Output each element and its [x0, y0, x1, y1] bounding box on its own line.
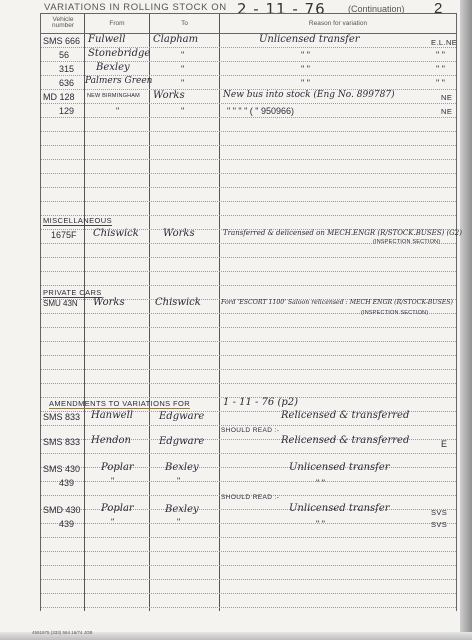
reason: Unlicensed transfer [289, 503, 390, 514]
row-rule [41, 173, 456, 174]
row-rule [41, 383, 456, 384]
vehicle-number: 439 [59, 478, 74, 488]
row-rule [41, 271, 456, 272]
vehicle-number: 56 [59, 50, 69, 60]
section-amendments: AMENDMENTS TO VARIATIONS FOR [49, 399, 190, 409]
vehicle-number: 636 [59, 78, 74, 88]
row-rule [41, 327, 456, 328]
reason-note: (INSPECTION SECTION) [373, 239, 440, 245]
to-location: Bexley [165, 504, 199, 515]
to-location: " [181, 50, 184, 60]
to-location: Edgware [159, 436, 204, 447]
row-rule [41, 565, 456, 566]
from-location: Fulwell [88, 34, 125, 45]
page-edge-shadow [460, 0, 472, 640]
code: NE [441, 107, 452, 116]
vehicle-number: SMS 833 [43, 412, 80, 422]
reason: Unlicensed transfer [259, 34, 360, 45]
code: SVS [431, 508, 447, 517]
row-rule [41, 117, 456, 118]
from-location: NEW BIRMINGHAM [87, 93, 140, 99]
reason: Relicensed & transferred [281, 410, 409, 421]
row-rule [41, 355, 456, 356]
to-location: " [181, 64, 184, 74]
from-location: " [116, 106, 119, 116]
row-rule [41, 131, 456, 132]
vehicle-number: 315 [59, 64, 74, 74]
reason: Unlicensed transfer [289, 462, 390, 473]
row-rule [41, 453, 456, 454]
vehicle-number: SMS 430 [43, 464, 80, 474]
row-rule [41, 481, 456, 482]
from-location: Works [93, 297, 125, 308]
to-location: Clapham [153, 34, 198, 45]
row-rule [41, 593, 456, 594]
code: " " [436, 78, 445, 88]
row-rule [41, 145, 456, 146]
code: SVS [431, 520, 447, 529]
vehicle-number: 1675F [51, 230, 77, 240]
should-read-label: SHOULD READ :- [221, 494, 279, 501]
to-location: Bexley [165, 462, 199, 473]
row-rule [41, 201, 456, 202]
code: " " [436, 64, 445, 74]
from-location: Chiswick [93, 228, 139, 239]
reason-note: (INSPECTION SECTION) [361, 310, 428, 316]
should-read-label: SHOULD READ :- [221, 427, 279, 434]
row-rule [41, 257, 456, 258]
row-rule [41, 103, 456, 104]
row-rule [41, 285, 456, 286]
row-rule [41, 537, 456, 538]
to-location: " [181, 106, 184, 116]
reason: " " [301, 78, 310, 88]
row-rule [41, 607, 456, 608]
to-location: " [177, 476, 180, 486]
header-from: From [85, 20, 149, 27]
vehicle-number: 439 [59, 519, 74, 529]
vehicle-number: MD 128 [43, 92, 75, 102]
amendment-reference: 1 - 11 - 76 (p2) [223, 397, 298, 408]
code: NE [441, 93, 452, 102]
from-location: Poplar [101, 462, 134, 473]
from-location: Poplar [101, 503, 134, 514]
vehicle-number: SMS 666 [43, 36, 80, 46]
code: " " [436, 50, 445, 60]
from-location: Stonebridge [88, 48, 150, 59]
row-rule [41, 551, 456, 552]
from-location: Hanwell [91, 410, 133, 421]
to-location: Works [163, 228, 195, 239]
reason: Relicensed & transferred [281, 435, 409, 446]
from-location: " [111, 476, 114, 486]
variations-table: Vehicle number From To Reason for variat… [40, 13, 457, 611]
form-title: VARIATIONS IN ROLLING STOCK ON [44, 2, 227, 13]
row-rule [41, 369, 456, 370]
print-code: 4591975 (333) 564 16/74 JOB [32, 630, 93, 635]
code: E [441, 439, 447, 449]
to-location: Chiswick [155, 297, 201, 308]
vehicle-number: 129 [59, 106, 74, 116]
row-rule [41, 425, 456, 426]
row-rule [41, 579, 456, 580]
row-rule [41, 523, 456, 524]
reason: " " [301, 64, 310, 74]
to-location: Works [153, 90, 185, 101]
header-to: To [150, 20, 219, 27]
reason: " " [316, 478, 325, 488]
to-location: Edgware [159, 411, 204, 422]
header-vehicle-number: Vehicle number [43, 17, 83, 29]
vehicle-number: SMS 833 [43, 437, 80, 447]
reason: " " [316, 519, 325, 529]
header-reason: Reason for variation [220, 20, 456, 27]
vehicle-number: SMU 43N [43, 299, 78, 308]
reason: Transferred & delicensed on MECH.ENGR (R… [223, 229, 462, 237]
to-location: " [177, 517, 180, 527]
section-miscellaneous: MISCELLANEOUS [43, 216, 112, 226]
table-header: Vehicle number From To Reason for variat… [41, 14, 456, 34]
vehicle-number: SMD 430 [43, 505, 81, 515]
row-rule [41, 187, 456, 188]
reason: New bus into stock (Eng No. 899787) [223, 90, 395, 100]
from-location: " [111, 517, 114, 527]
reason: " " " " ( " 950966) [227, 106, 294, 116]
row-rule [41, 341, 456, 342]
to-location: " [181, 78, 184, 88]
reason: Ford 'ESCORT 1100' Saloon relicensed : M… [221, 299, 453, 306]
reason: " " [301, 50, 310, 60]
code: E.L.NE [431, 38, 457, 47]
from-location: Palmers Green [85, 76, 152, 86]
row-rule [41, 159, 456, 160]
from-location: Bexley [96, 62, 130, 73]
from-location: Hendon [91, 435, 131, 446]
